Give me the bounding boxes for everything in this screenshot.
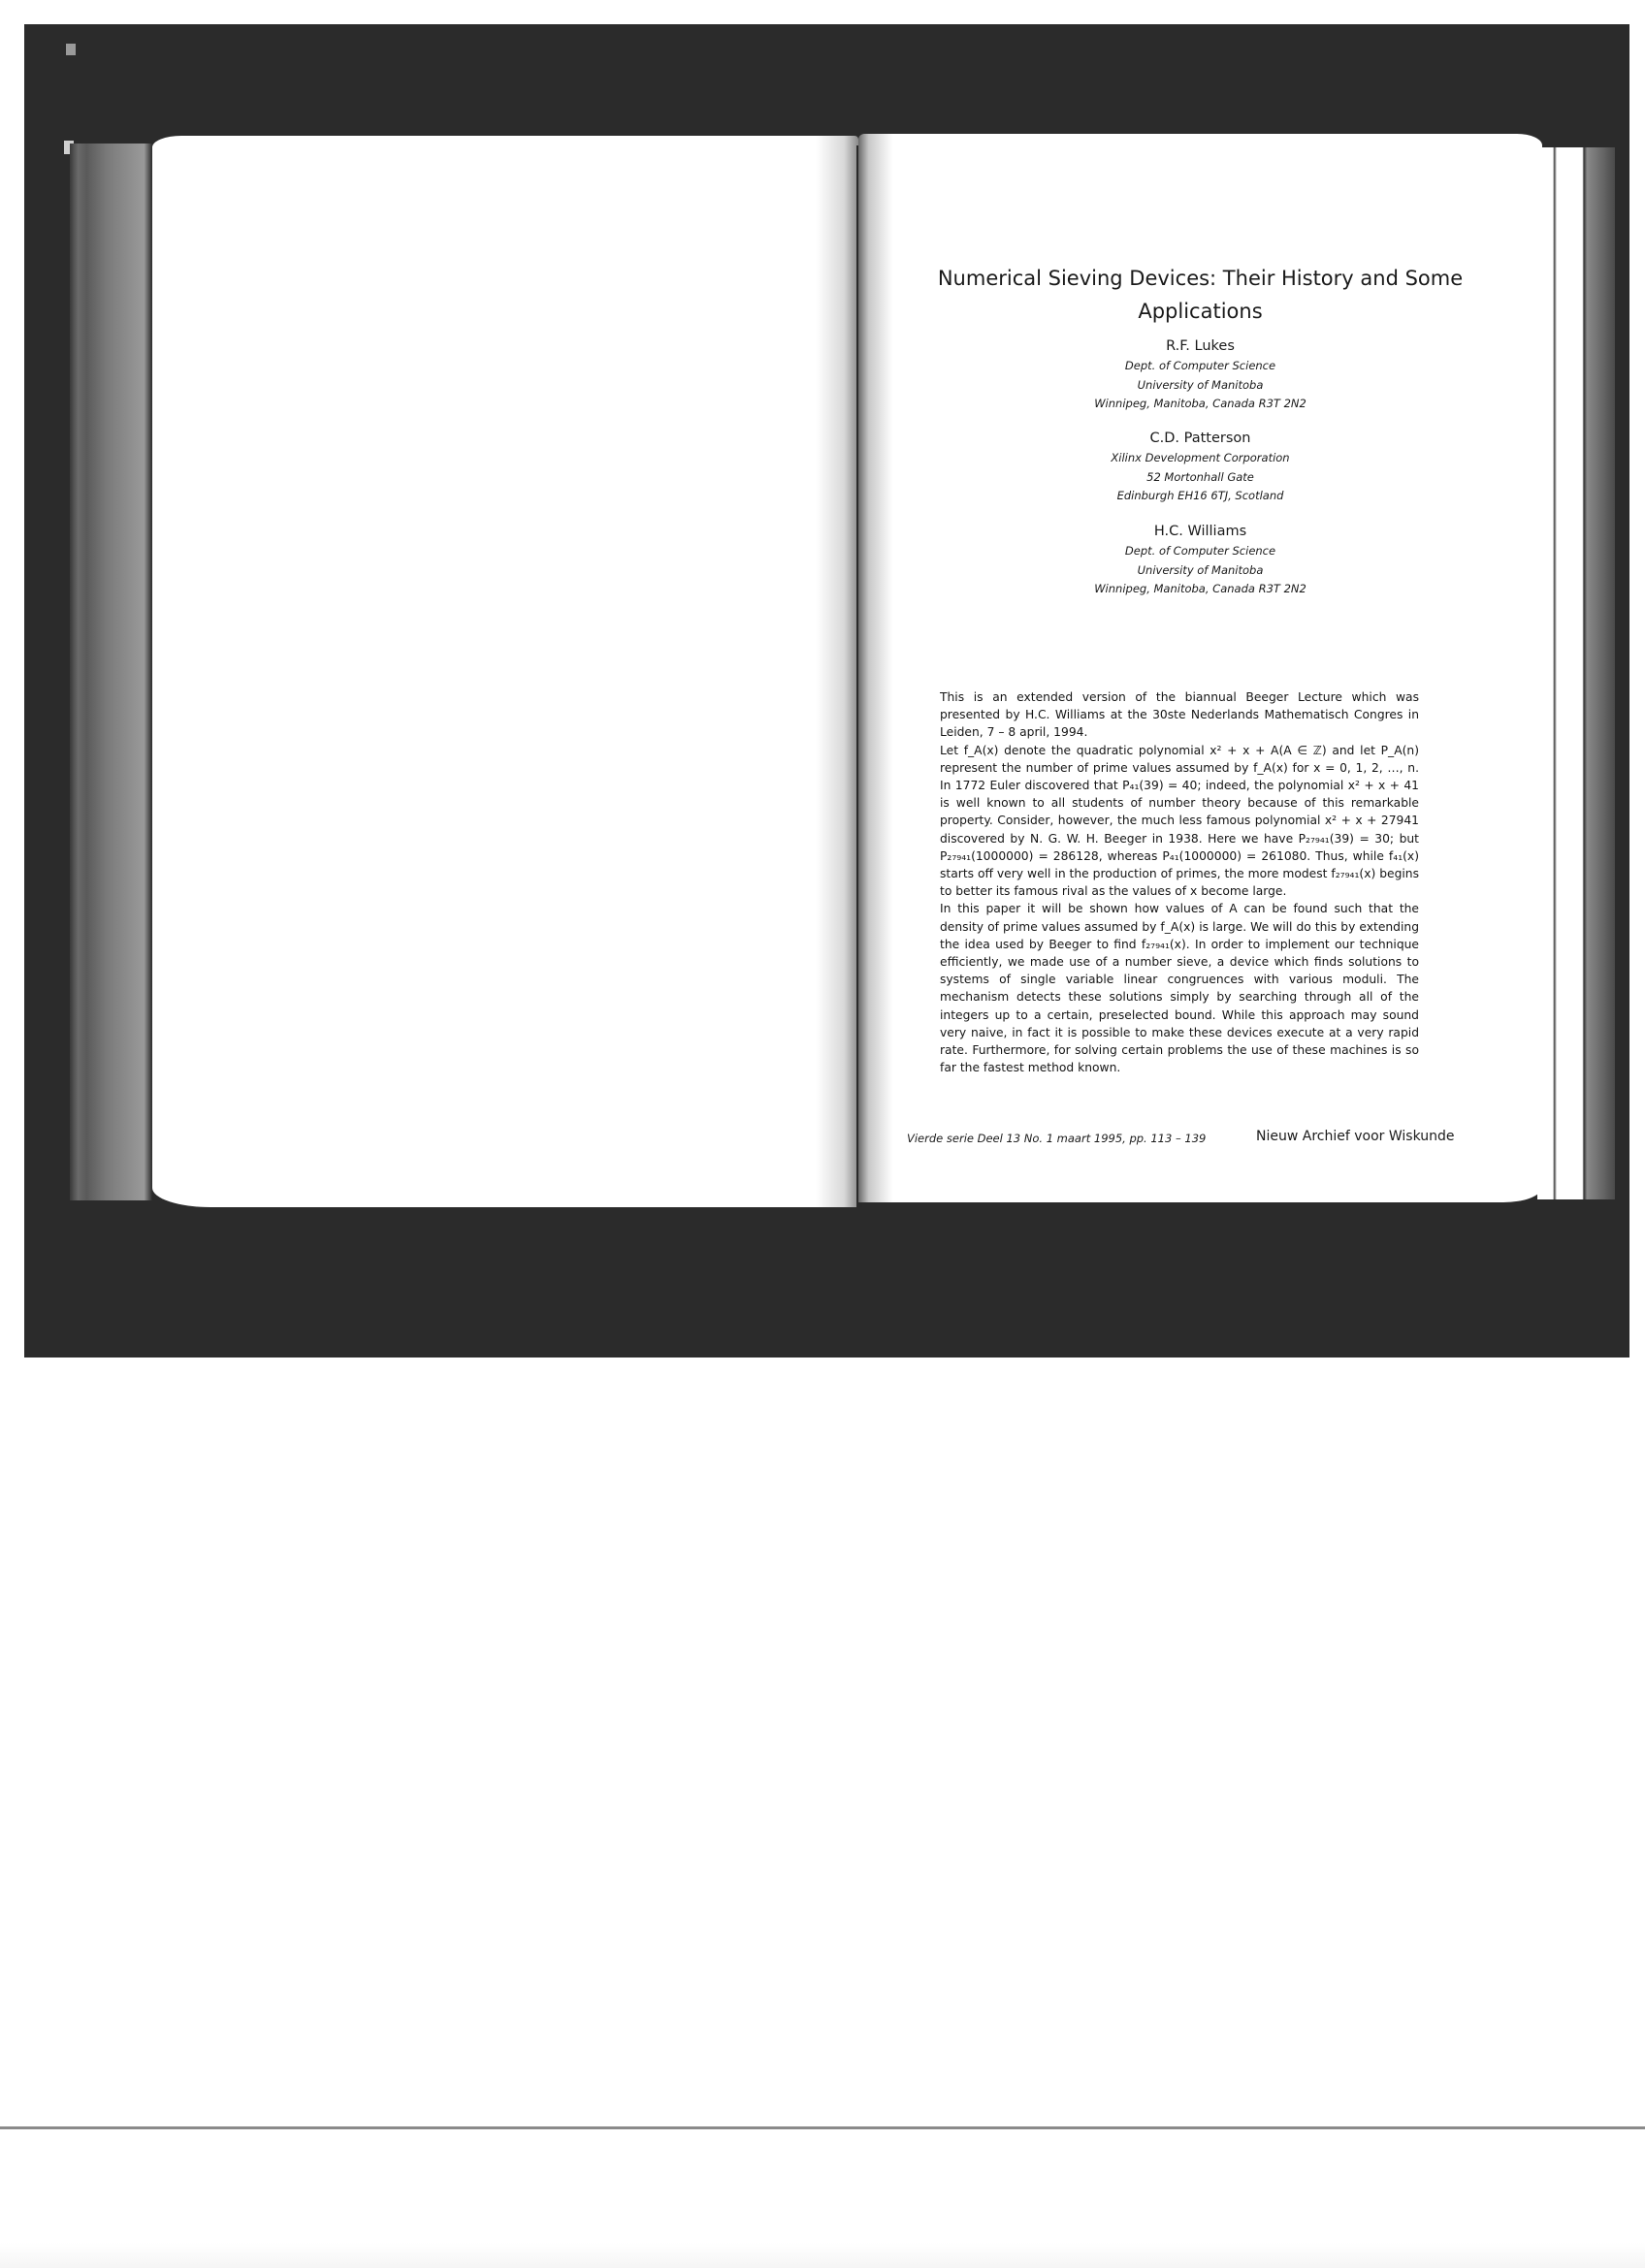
author-name: R.F. Lukes xyxy=(897,335,1503,357)
scan-artifact xyxy=(66,44,76,55)
author-affiliation: Edinburgh EH16 6TJ, Scotland xyxy=(897,487,1503,506)
citation-footer: Vierde serie Deel 13 No. 1 maart 1995, p… xyxy=(907,1132,1206,1145)
author-affiliation: University of Manitoba xyxy=(897,561,1503,581)
author-affiliation: Dept. of Computer Science xyxy=(897,357,1503,376)
left-page-stack xyxy=(70,144,152,1200)
author-name: C.D. Patterson xyxy=(897,428,1503,449)
right-page-stack xyxy=(1537,147,1615,1199)
abstract-paragraph: Let f_A(x) denote the quadratic polynomi… xyxy=(940,742,1419,901)
author-affiliation: Dept. of Computer Science xyxy=(897,542,1503,561)
paper-title: Numerical Sieving Devices: Their History… xyxy=(897,262,1503,328)
author-affiliation: 52 Mortonhall Gate xyxy=(897,468,1503,488)
abstract: This is an extended version of the biann… xyxy=(940,688,1419,1076)
author-name: H.C. Williams xyxy=(897,521,1503,542)
author-block: R.F. Lukes Dept. of Computer Science Uni… xyxy=(897,335,1503,414)
left-page-blank xyxy=(152,136,858,1207)
author-block: C.D. Patterson Xilinx Development Corpor… xyxy=(897,428,1503,506)
author-affiliation: University of Manitoba xyxy=(897,376,1503,396)
author-affiliation: Winnipeg, Manitoba, Canada R3T 2N2 xyxy=(897,395,1503,414)
right-page: Numerical Sieving Devices: Their History… xyxy=(858,134,1542,1202)
journal-name: Nieuw Archief voor Wiskunde xyxy=(1256,1129,1455,1144)
back-page-edge xyxy=(0,2126,1645,2268)
author-affiliation: Winnipeg, Manitoba, Canada R3T 2N2 xyxy=(897,580,1503,599)
abstract-paragraph: In this paper it will be shown how value… xyxy=(940,900,1419,1076)
page-content: Numerical Sieving Devices: Their History… xyxy=(858,134,1542,1202)
author-block: H.C. Williams Dept. of Computer Science … xyxy=(897,521,1503,599)
abstract-paragraph: This is an extended version of the biann… xyxy=(940,688,1419,742)
author-affiliation: Xilinx Development Corporation xyxy=(897,449,1503,468)
